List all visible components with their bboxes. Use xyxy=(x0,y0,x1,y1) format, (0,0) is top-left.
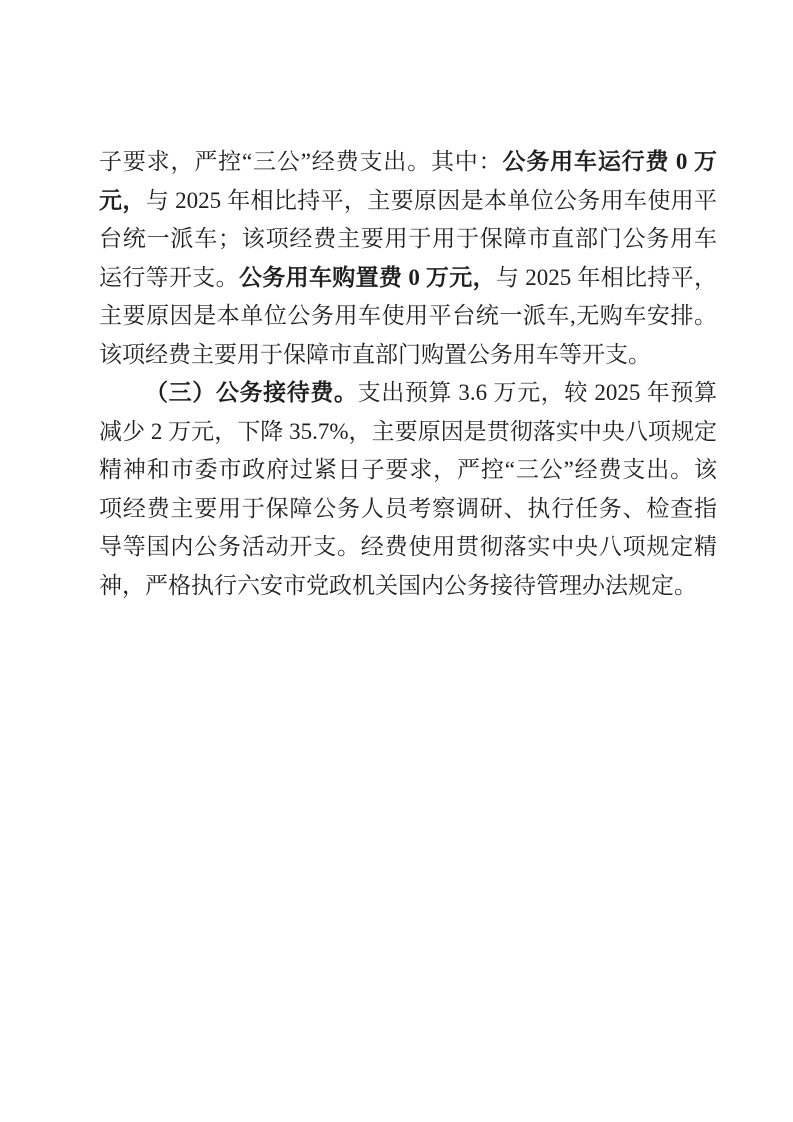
text-run-bold-vehicle-purchase-fee: 公务用车购置费 0 万元， xyxy=(239,265,496,290)
text-run: 子要求，严控“三公”经费支出。其中： xyxy=(99,149,502,174)
paragraph-official-reception: （三）公务接待费。支出预算 3.6 万元，较 2025 年预算减少 2 万元，下… xyxy=(99,374,717,605)
document-body: 子要求，严控“三公”经费支出。其中：公务用车运行费 0 万元，与 2025 年相… xyxy=(99,143,717,605)
text-run: 支出预算 3.6 万元，较 2025 年预算减少 2 万元，下降 35.7%，主… xyxy=(99,380,717,598)
paragraph-vehicle-expenses: 子要求，严控“三公”经费支出。其中：公务用车运行费 0 万元，与 2025 年相… xyxy=(99,143,717,374)
document-page: 子要求，严控“三公”经费支出。其中：公务用车运行费 0 万元，与 2025 年相… xyxy=(0,0,793,1122)
text-run-bold-reception-heading: （三）公务接待费。 xyxy=(145,380,358,405)
